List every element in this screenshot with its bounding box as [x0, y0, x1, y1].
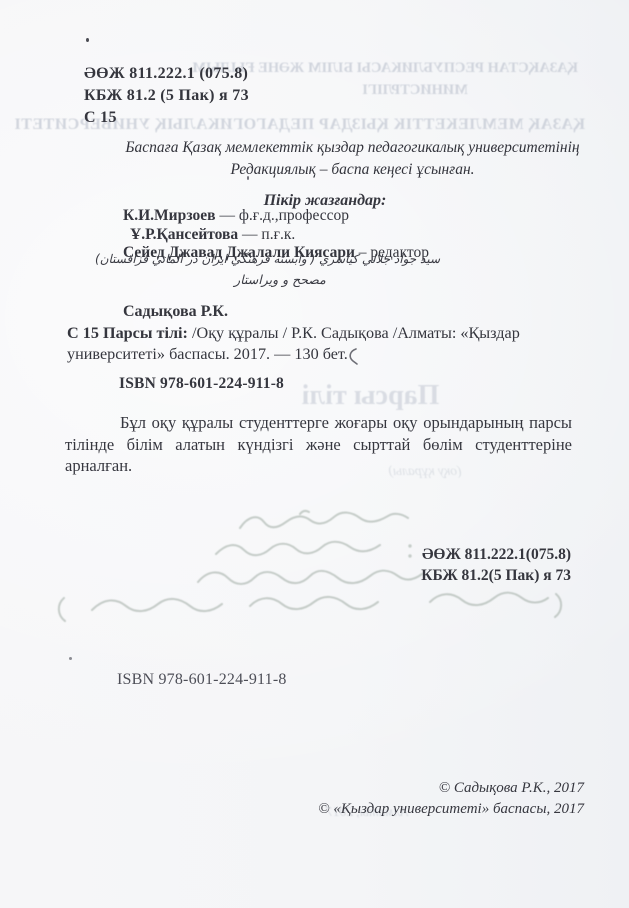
catalog-imprint: /Оқу құралы / Р.К. Садықова /Алматы: «Қы… — [188, 324, 520, 342]
persian-corrector-line: مصحح و ويراستار — [160, 272, 400, 287]
copyright-author: © Садықова Р.К., 2017 — [200, 778, 584, 799]
publisher-note-line-2: Редакциялық – баспа кеңесі ұсынған. — [100, 159, 605, 181]
copyright-publisher: © «Қыздар университеті» баспасы, 2017 — [200, 799, 584, 820]
publisher-note-line-1: Баспаға Қазақ мемлекеттік қыздар педагог… — [100, 137, 605, 159]
copyright-block: © Садықова Р.К., 2017 © «Қыздар универси… — [200, 778, 584, 819]
reviewer-name: Ұ.Р.Қансейтова — [130, 226, 238, 243]
reviewer-name: К.И.Мирзоев — [123, 207, 216, 224]
catalog-code-title: С 15 Парсы тілі: — [67, 324, 188, 342]
annotation-line-3: арналған. — [65, 455, 572, 477]
reviewer-role: — ф.ғ.д.,профессор — [216, 207, 349, 224]
udc-right-line-1: ӘӨЖ 811.222.1(075.8) — [355, 544, 571, 565]
ghost-book-title: Парсы тілі — [288, 380, 453, 412]
publisher-note: Баспаға Қазақ мемлекеттік қыздар педагог… — [100, 137, 605, 180]
catalog-entry-line-1: С 15 Парсы тілі: /Оқу құралы / Р.К. Сады… — [67, 324, 577, 343]
ghost-ministry-line-1: ҚАЗАҚСТАН РЕСПУБЛИКАСЫ БІЛІМ ЖӘНЕ ҒЫЛЫМ — [243, 60, 578, 77]
reviewer-row: Ұ.Р.Қансейтова — п.ғ.к. — [130, 226, 429, 245]
reviewer-role: — п.ғ.к. — [238, 226, 295, 243]
isbn-top: ISBN 978-601-224-911-8 — [119, 375, 284, 393]
reviewer-row: К.И.Мирзоев — ф.ғ.д.,профессор — [123, 207, 429, 226]
udc-line-2: КБЖ 81.2 (5 Пак) я 73 — [84, 85, 249, 107]
ink-speck — [86, 38, 89, 42]
scanned-imprint-page: ҚАЗАҚСТАН РЕСПУБЛИКАСЫ БІЛІМ ЖӘНЕ ҒЫЛЫМ … — [0, 0, 629, 908]
isbn-bottom: ISBN 978-601-224-911-8 — [117, 671, 287, 689]
catalog-author: Садықова Р.К. — [123, 303, 228, 321]
annotation-line-1: Бұл оқу құралы студенттерге жоғары оқу о… — [65, 412, 572, 434]
annotation-line-2: тілінде білім алатын күндізгі және сыртт… — [65, 434, 572, 456]
udc-block: ӘӨЖ 811.222.1 (075.8) КБЖ 81.2 (5 Пак) я… — [84, 63, 249, 129]
udc-line-1: ӘӨЖ 811.222.1 (075.8) — [84, 63, 249, 85]
udc-right-line-2: КБЖ 81.2(5 Пак) я 73 — [355, 565, 571, 586]
udc-line-3: С 15 — [84, 107, 249, 129]
persian-editor-line: سيد جواد جلالي كياسري ( وابسته فرهنگي اي… — [120, 252, 440, 266]
ink-speck — [69, 657, 72, 660]
annotation-paragraph: Бұл оқу құралы студенттерге жоғары оқу о… — [65, 412, 572, 477]
ghost-ministry-line-2: МИНИСТРЛІГІ — [340, 82, 490, 99]
udc-right-block: ӘӨЖ 811.222.1(075.8) КБЖ 81.2(5 Пак) я 7… — [355, 544, 571, 586]
catalog-entry-line-2: университеті» баспасы. 2017. — 130 бет. — [67, 345, 577, 364]
